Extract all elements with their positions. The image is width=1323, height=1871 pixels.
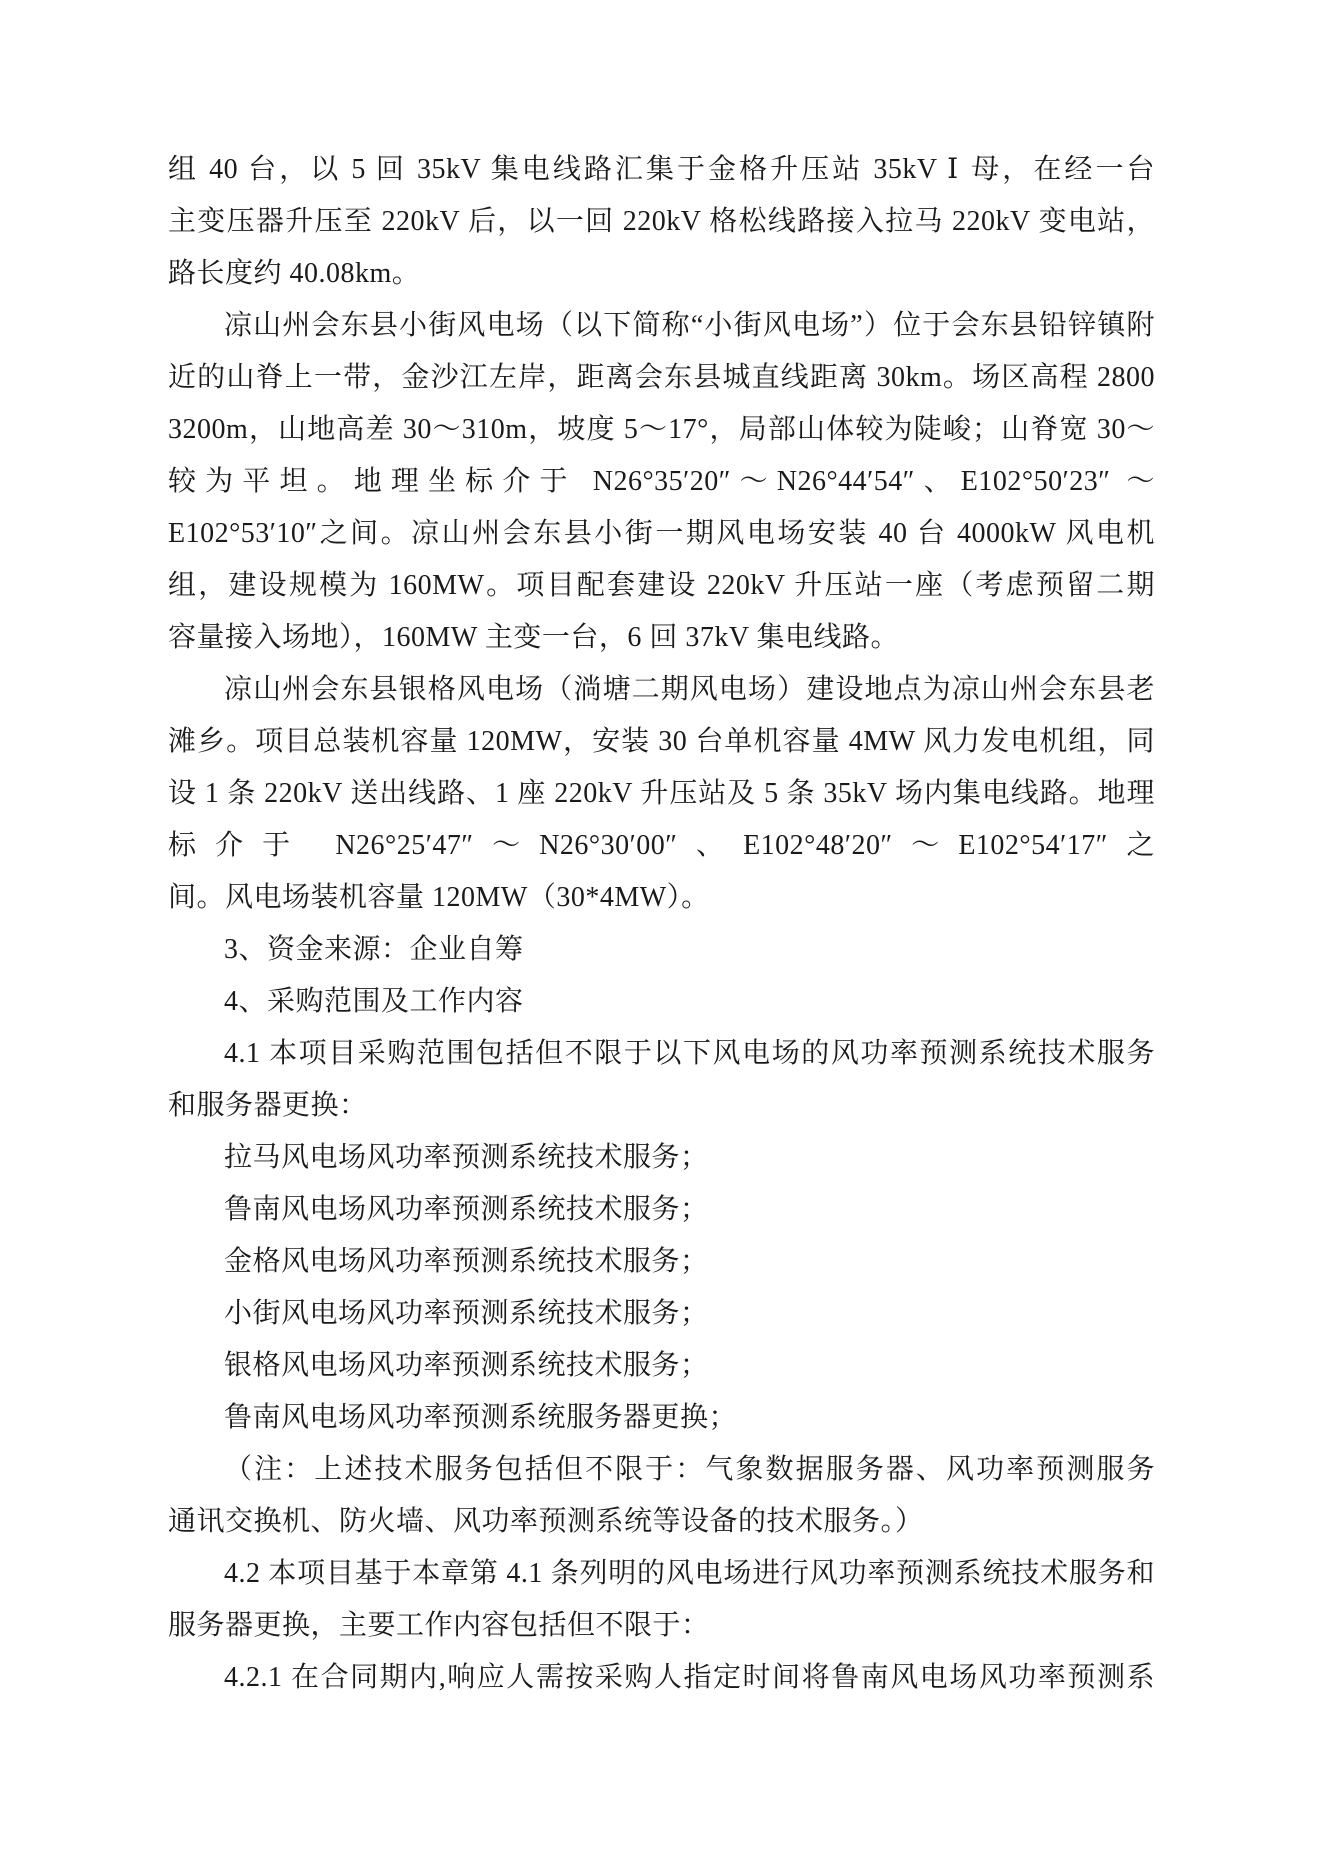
- text-line: 4.2 本项目基于本章第 4.1 条列明的风电场进行风功率预测系统技术服务和: [168, 1548, 1155, 1600]
- text-line: 通讯交换机、防火墙、风功率预测系统等设备的技术服务。）: [168, 1496, 1155, 1548]
- text-line: 凉山州会东县银格风电场（淌塘二期风电场）建设地点为凉山州会东县老君: [168, 664, 1155, 716]
- text-line: 拉马风电场风功率预测系统技术服务；: [168, 1132, 1155, 1184]
- text-line: 凉山州会东县小街风电场（以下简称“小街风电场”）位于会东县铅锌镇附: [168, 300, 1155, 352]
- text-line: 设 1 条 220kV 送出线路、1 座 220kV 升压站及 5 条 35kV…: [168, 768, 1155, 820]
- text-line: 小街风电场风功率预测系统技术服务；: [168, 1288, 1155, 1340]
- text-line: 近的山脊上一带，金沙江左岸，距离会东县城直线距离 30km。场区高程 2800～: [168, 352, 1155, 404]
- text-line: 服务器更换，主要工作内容包括但不限于：: [168, 1600, 1155, 1652]
- text-line: 4.2.1 在合同期内,响应人需按采购人指定时间将鲁南风电场风功率预测系: [168, 1652, 1155, 1704]
- text-line: 标介于 N26°25′47″～N26°30′00″、E102°48′20″～E1…: [168, 820, 1155, 872]
- text-line: 4、采购范围及工作内容: [168, 976, 1155, 1028]
- text-line: E102°53′10″之间。凉山州会东县小街一期风电场安装 40 台 4000k…: [168, 508, 1155, 560]
- text-line: 滩乡。项目总装机容量 120MW，安装 30 台单机容量 4MW 风力发电机组，…: [168, 716, 1155, 768]
- text-line: 金格风电场风功率预测系统技术服务；: [168, 1236, 1155, 1288]
- text-line: 3200m，山地高差 30～310m，坡度 5～17°，局部山体较为陡峻；山脊宽…: [168, 404, 1155, 456]
- text-line: 路长度约 40.08km。: [168, 248, 1155, 300]
- text-line: 银格风电场风功率预测系统技术服务；: [168, 1340, 1155, 1392]
- text-line: 和服务器更换：: [168, 1080, 1155, 1132]
- document-content: 组 40 台，以 5 回 35kV 集电线路汇集于金格升压站 35kV Ⅰ 母，…: [168, 144, 1155, 1704]
- text-line: 主变压器升压至 220kV 后，以一回 220kV 格松线路接入拉马 220kV…: [168, 196, 1155, 248]
- text-line: 鲁南风电场风功率预测系统服务器更换；: [168, 1392, 1155, 1444]
- text-line: 容量接入场地），160MW 主变一台，6 回 37kV 集电线路。: [168, 612, 1155, 664]
- text-line: 4.1 本项目采购范围包括但不限于以下风电场的风功率预测系统技术服务: [168, 1028, 1155, 1080]
- text-line: 鲁南风电场风功率预测系统技术服务；: [168, 1184, 1155, 1236]
- text-line: 间。风电场装机容量 120MW（30*4MW）。: [168, 872, 1155, 924]
- document-page: 组 40 台，以 5 回 35kV 集电线路汇集于金格升压站 35kV Ⅰ 母，…: [0, 0, 1323, 1871]
- text-line: （注：上述技术服务包括但不限于：气象数据服务器、风功率预测服务器、: [168, 1444, 1155, 1496]
- text-line: 3、资金来源：企业自筹: [168, 924, 1155, 976]
- text-line: 组，建设规模为 160MW。项目配套建设 220kV 升压站一座（考虑预留二期 …: [168, 560, 1155, 612]
- text-line: 组 40 台，以 5 回 35kV 集电线路汇集于金格升压站 35kV Ⅰ 母，…: [168, 144, 1155, 196]
- text-line: 较为平坦。地理坐标介于 N26°35′20″～N26°44′54″、E102°5…: [168, 456, 1155, 508]
